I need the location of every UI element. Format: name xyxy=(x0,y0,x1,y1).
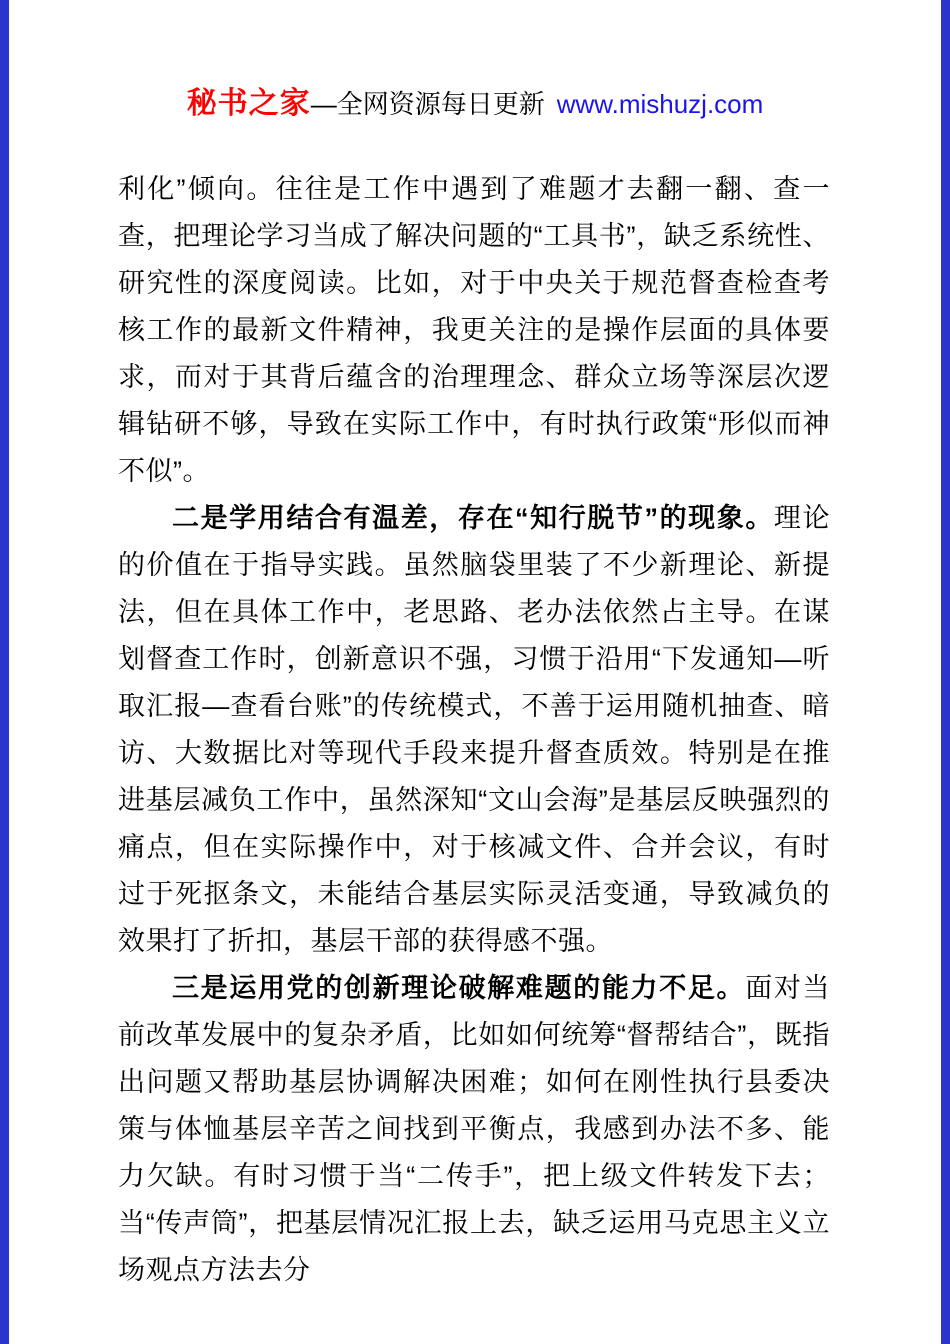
site-brand: 秘书之家 xyxy=(187,86,311,121)
paragraph-lead-bold: 二是学用结合有温差，存在“知行脱节”的现象。 xyxy=(172,503,774,533)
left-edge-bar xyxy=(0,0,9,1344)
paragraph-text: 利化”倾向。往往是工作中遇到了难题才去翻一翻、查一查，把理论学习当成了解决问题的… xyxy=(118,174,830,486)
site-tagline: —全网资源每日更新 xyxy=(311,89,545,119)
paragraph-2: 二是学用结合有温差，存在“知行脱节”的现象。理论的价值在于指导实践。虽然脑袋里装… xyxy=(118,495,830,965)
paragraph-text: 理论的价值在于指导实践。虽然脑袋里装了不少新理论、新提法，但在具体工作中，老思路… xyxy=(118,503,830,956)
paragraph-text: 面对当前改革发展中的复杂矛盾，比如如何统筹“督帮结合”，既指出问题又帮助基层协调… xyxy=(118,973,830,1285)
document-body: 利化”倾向。往往是工作中遇到了难题才去翻一翻、查一查，把理论学习当成了解决问题的… xyxy=(118,166,830,1294)
right-edge-bar xyxy=(941,0,950,1344)
site-url-link[interactable]: www.mishuzj.com xyxy=(557,89,764,119)
paragraph-3: 三是运用党的创新理论破解难题的能力不足。面对当前改革发展中的复杂矛盾，比如如何统… xyxy=(118,965,830,1294)
site-header: 秘书之家—全网资源每日更新www.mishuzj.com xyxy=(20,84,930,124)
paragraph-lead-bold: 三是运用党的创新理论破解难题的能力不足。 xyxy=(172,973,745,1003)
paragraph-1: 利化”倾向。往往是工作中遇到了难题才去翻一翻、查一查，把理论学习当成了解决问题的… xyxy=(118,166,830,495)
